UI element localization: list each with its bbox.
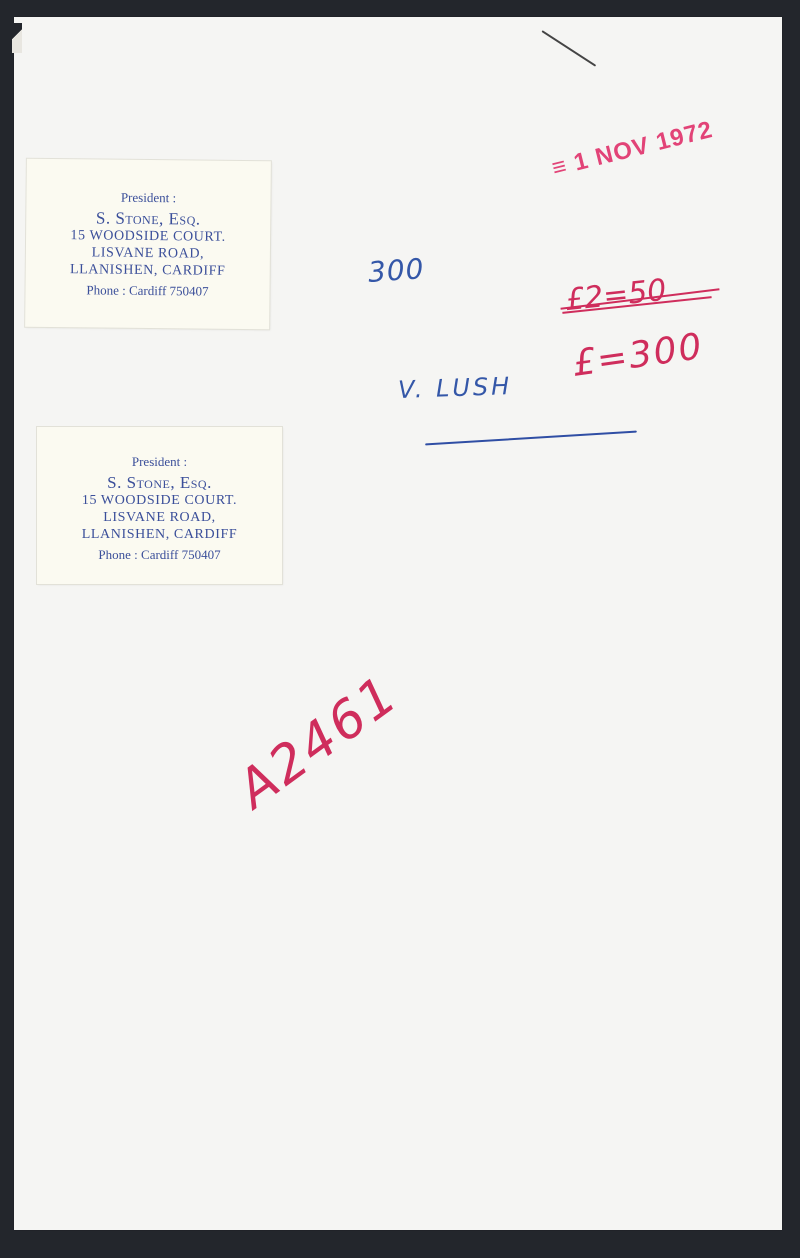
label-name: S. Stone, Esq.	[37, 473, 282, 493]
label-name: S. Stone, Esq.	[26, 207, 270, 230]
handwritten-quantity: 300	[367, 252, 426, 289]
label-title: President :	[26, 189, 270, 207]
label-phone: Phone : Cardiff 750407	[37, 547, 282, 563]
label-address-line: LLANISHEN, CARDIFF	[26, 261, 270, 280]
label-title: President :	[37, 454, 282, 470]
label-phone: Phone : Cardiff 750407	[25, 282, 269, 300]
label-address-line: LISVANE ROAD,	[37, 510, 282, 527]
label-address-line: LLANISHEN, CARDIFF	[37, 527, 282, 544]
label-address-line: 15 WOODSIDE COURT.	[37, 493, 282, 510]
address-label: President : S. Stone, Esq. 15 WOODSIDE C…	[25, 159, 271, 330]
torn-corner	[12, 23, 22, 53]
address-label: President : S. Stone, Esq. 15 WOODSIDE C…	[37, 427, 282, 584]
handwritten-name: V. LUSH	[398, 372, 513, 404]
